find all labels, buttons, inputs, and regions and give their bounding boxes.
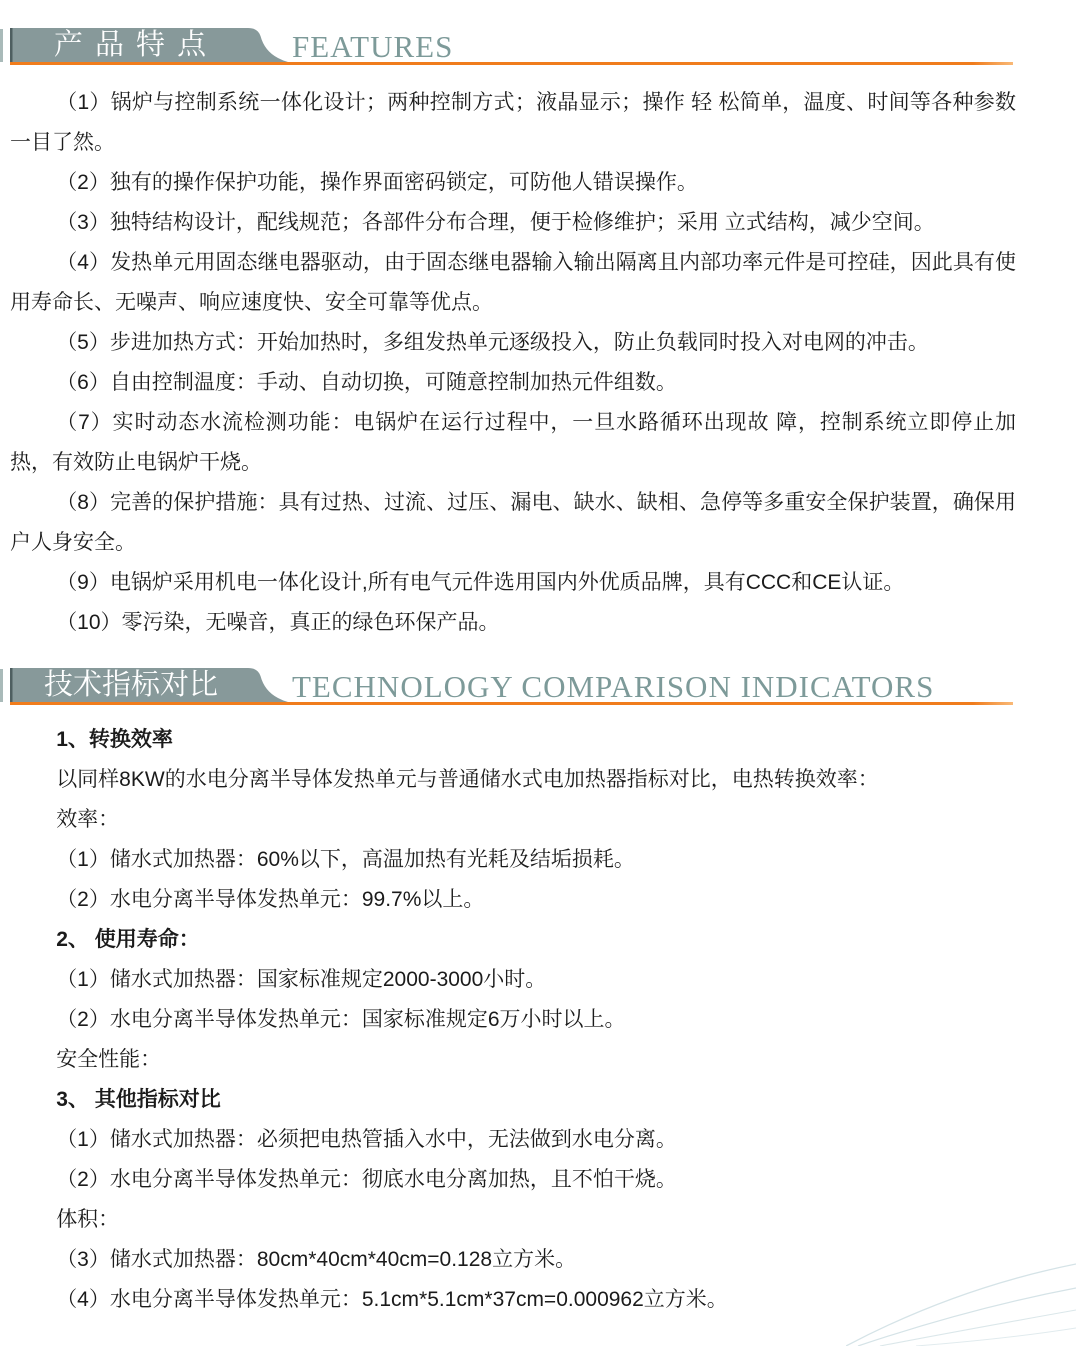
section-title-en: TECHNOLOGY COMPARISON INDICATORS: [292, 668, 934, 702]
paragraph: 效率：: [10, 800, 1016, 840]
paragraph: （1）储水式加热器：60%以下，高温加热有光耗及结垢损耗。: [10, 840, 1016, 880]
badge-left-sliver: [0, 29, 3, 62]
paragraph: （7）实时动态水流检测功能：电锅炉在运行过程中，一旦水路循环出现故 障，控制系统…: [10, 403, 1016, 483]
paragraph: （2）水电分离半导体发热单元：99.7%以上。: [10, 880, 1016, 920]
features-paragraph-list: （1）锅炉与控制系统一体化设计；两种控制方式；液晶显示；操作 轻 松简单，温度、…: [10, 83, 1016, 643]
section-title-en: FEATURES: [292, 28, 453, 62]
orange-accent-line: [10, 62, 1013, 65]
section-title-zh: 技术指标对比: [10, 668, 252, 702]
badge-left-sliver: [0, 669, 3, 702]
paragraph: （2）水电分离半导体发热单元：国家标准规定6万小时以上。: [10, 1000, 1016, 1040]
section-subheading: 1、转换效率: [10, 720, 1016, 760]
paragraph: 安全性能：: [10, 1040, 1016, 1080]
paragraph: （1）储水式加热器：必须把电热管插入水中，无法做到水电分离。: [10, 1120, 1016, 1160]
product-feature-document: { "page": { "accent_orange": "#F07C1C", …: [0, 0, 1076, 1346]
paragraph: （8）完善的保护措施：具有过热、过流、过压、漏电、缺水、缺相、急停等多重安全保护…: [10, 483, 1016, 563]
corner-swoosh-decoration: [846, 1176, 1076, 1346]
paragraph: （6）自由控制温度：手动、自动切换，可随意控制加热元件组数。: [10, 363, 1016, 403]
paragraph: （1）储水式加热器：国家标准规定2000-3000小时。: [10, 960, 1016, 1000]
paragraph: 以同样8KW的水电分离半导体发热单元与普通储水式电加热器指标对比，电热转换效率：: [10, 760, 1016, 800]
paragraph: （4）发热单元用固态继电器驱动，由于固态继电器输入输出隔离且内部功率元件是可控硅…: [10, 243, 1016, 323]
paragraph: （5）步进加热方式：开始加热时，多组发热单元逐级投入，防止负载同时投入对电网的冲…: [10, 323, 1016, 363]
section-subheading: 3、 其他指标对比: [10, 1080, 1016, 1120]
paragraph: （9）电锅炉采用机电一体化设计,所有电气元件选用国内外优质品牌，具有CCC和CE…: [10, 563, 1016, 603]
features-section-header: 产 品 特 点 FEATURES: [0, 28, 1076, 68]
section-subheading: 2、 使用寿命：: [10, 920, 1016, 960]
paragraph: （3）独特结构设计，配线规范；各部件分布合理，便于检修维护；采用 立式结构，减少…: [10, 203, 1016, 243]
section-title-zh: 产 品 特 点: [10, 28, 252, 62]
paragraph: （1）锅炉与控制系统一体化设计；两种控制方式；液晶显示；操作 轻 松简单，温度、…: [10, 83, 1016, 163]
technology-section-header: 技术指标对比 TECHNOLOGY COMPARISON INDICATORS: [0, 668, 1076, 708]
orange-accent-line: [10, 702, 1013, 705]
paragraph: （2）独有的操作保护功能，操作界面密码锁定，可防他人错误操作。: [10, 163, 1016, 203]
paragraph: （10）零污染，无噪音，真正的绿色环保产品。: [10, 603, 1016, 643]
